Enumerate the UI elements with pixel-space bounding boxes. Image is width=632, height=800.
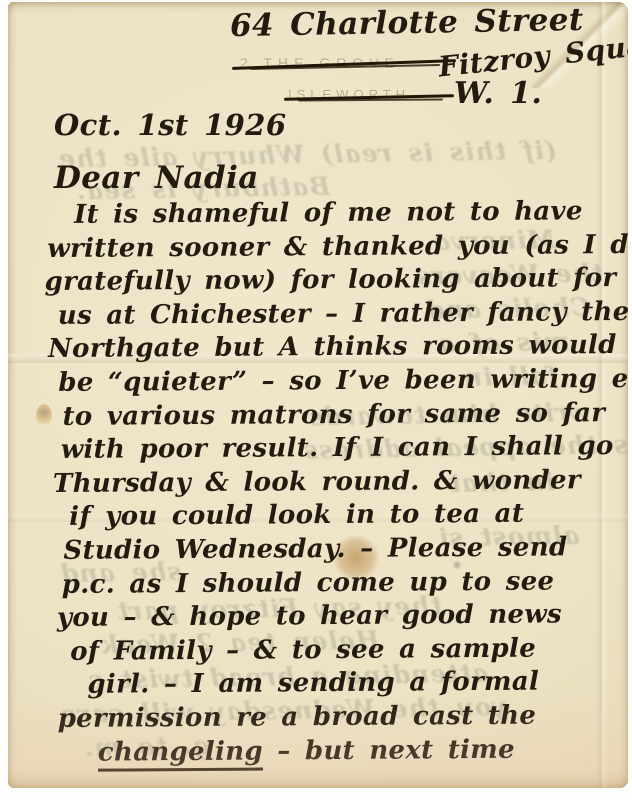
paper: (if this is real) Whurry aile theBathbur… xyxy=(8,2,628,788)
body-line: permission re a broad cast the xyxy=(58,700,626,738)
address-line-street: 64 Charlotte Street xyxy=(230,2,584,44)
body-line: Studio Wednesday. – Please send xyxy=(63,532,624,570)
body-line: changeling – but next time xyxy=(98,733,626,770)
body-line: girl. – I am sending a formal xyxy=(87,666,625,703)
body-line: gratefully now) for looking about for xyxy=(44,263,622,301)
body-line: of Family – & to see a sample xyxy=(70,633,625,670)
salutation: Dear Nadia xyxy=(54,160,259,196)
underlined-word: changeling xyxy=(98,736,263,771)
body-line: if you could look in to tea at xyxy=(69,498,624,535)
letter-scan: (if this is real) Whurry aile theBathbur… xyxy=(0,0,632,800)
body-line: be “quieter” – so I’ve been writing enqu… xyxy=(58,364,623,402)
body-line: us at Chichester – I rather fancy the xyxy=(58,297,623,335)
address-line-postal-district: W. 1. xyxy=(454,76,542,111)
body-line: you – & hope to hear good news xyxy=(57,599,625,637)
letter-date: Oct. 1st 1926 xyxy=(54,108,286,142)
body-line: to various matrons for same so far xyxy=(62,398,623,436)
body-line: It is shameful of me not to have xyxy=(74,196,622,233)
body-line: Thursday & look round. & wonder xyxy=(53,465,624,503)
body-line: p.c. as I should come up to see xyxy=(62,566,625,604)
body-line: Northgate but A thinks rooms would xyxy=(48,330,623,368)
body-line: with poor result. If I can I shall go xyxy=(61,431,624,469)
body-line: written sooner & thanked you (as I do xyxy=(47,230,622,268)
letter-body: It is shameful of me not to havewritten … xyxy=(44,196,626,771)
